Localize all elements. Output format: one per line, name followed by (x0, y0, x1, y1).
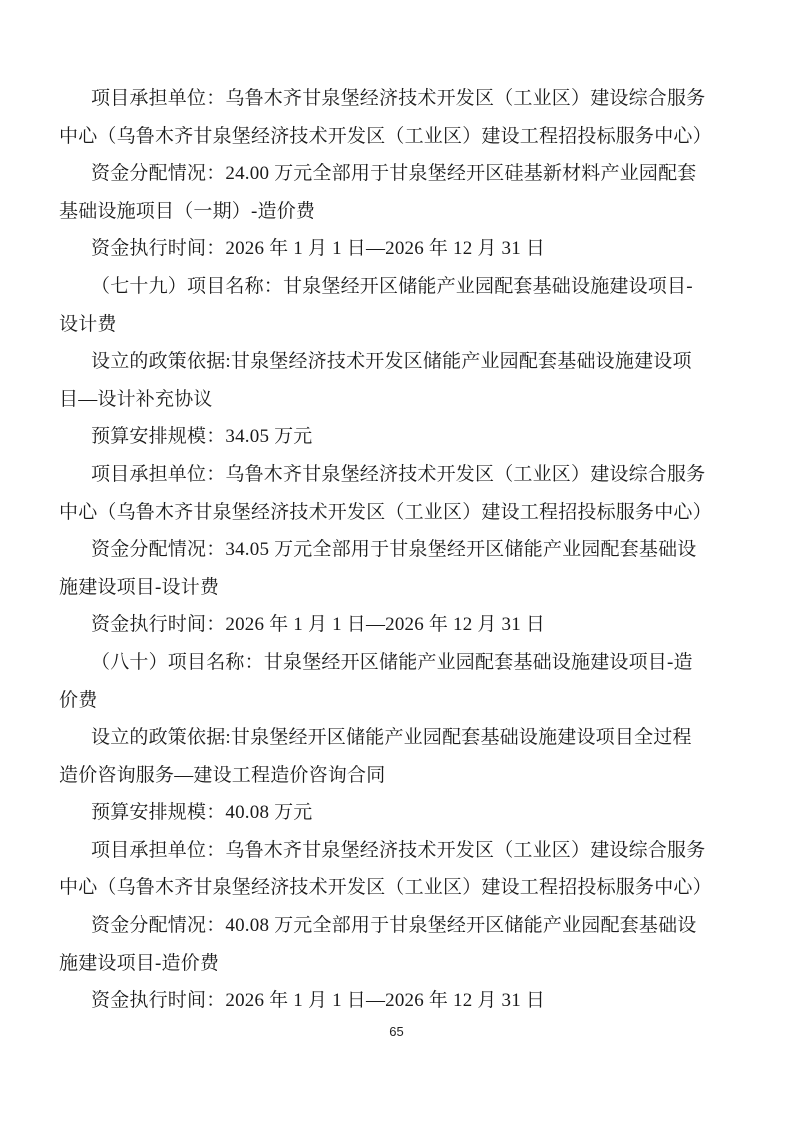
document-page: 项目承担单位：乌鲁木齐甘泉堡经济技术开发区（工业区）建设综合服务中心（乌鲁木齐甘… (0, 0, 793, 1122)
text-line: 项目承担单位：乌鲁木齐甘泉堡经济技术开发区（工业区）建设综合服务 (59, 456, 715, 494)
page-number: 65 (0, 1024, 793, 1039)
text-line: 中心（乌鲁木齐甘泉堡经济技术开发区（工业区）建设工程招投标服务中心） (59, 118, 715, 156)
text-line: 造价咨询服务—建设工程造价咨询合同 (59, 757, 715, 795)
text-line: 资金执行时间：2026 年 1 月 1 日—2026 年 12 月 31 日 (59, 982, 715, 1020)
text-line: 目—设计补充协议 (59, 381, 715, 419)
text-line: 设计费 (59, 306, 715, 344)
text-line: 施建设项目-设计费 (59, 569, 715, 607)
text-line: 中心（乌鲁木齐甘泉堡经济技术开发区（工业区）建设工程招投标服务中心） (59, 869, 715, 907)
text-line: 预算安排规模：40.08 万元 (59, 794, 715, 832)
text-line: 设立的政策依据:甘泉堡经开区储能产业园配套基础设施建设项目全过程 (59, 719, 715, 757)
text-line: （八十）项目名称：甘泉堡经开区储能产业园配套基础设施建设项目-造 (59, 644, 715, 682)
text-line: 资金分配情况：40.08 万元全部用于甘泉堡经开区储能产业园配套基础设 (59, 907, 715, 945)
text-line: 施建设项目-造价费 (59, 945, 715, 983)
text-line: 资金分配情况：34.05 万元全部用于甘泉堡经开区储能产业园配套基础设 (59, 531, 715, 569)
text-line: 价费 (59, 682, 715, 720)
text-line: 资金分配情况：24.00 万元全部用于甘泉堡经开区硅基新材料产业园配套 (59, 155, 715, 193)
text-line: 资金执行时间：2026 年 1 月 1 日—2026 年 12 月 31 日 (59, 230, 715, 268)
text-line: 中心（乌鲁木齐甘泉堡经济技术开发区（工业区）建设工程招投标服务中心） (59, 494, 715, 532)
text-line: 设立的政策依据:甘泉堡经济技术开发区储能产业园配套基础设施建设项 (59, 343, 715, 381)
text-line: （七十九）项目名称：甘泉堡经开区储能产业园配套基础设施建设项目- (59, 268, 715, 306)
text-line: 项目承担单位：乌鲁木齐甘泉堡经济技术开发区（工业区）建设综合服务 (59, 80, 715, 118)
text-line: 项目承担单位：乌鲁木齐甘泉堡经济技术开发区（工业区）建设综合服务 (59, 832, 715, 870)
document-body: 项目承担单位：乌鲁木齐甘泉堡经济技术开发区（工业区）建设综合服务中心（乌鲁木齐甘… (59, 80, 715, 1020)
text-line: 基础设施项目（一期）-造价费 (59, 193, 715, 231)
text-line: 预算安排规模：34.05 万元 (59, 418, 715, 456)
text-line: 资金执行时间：2026 年 1 月 1 日—2026 年 12 月 31 日 (59, 606, 715, 644)
